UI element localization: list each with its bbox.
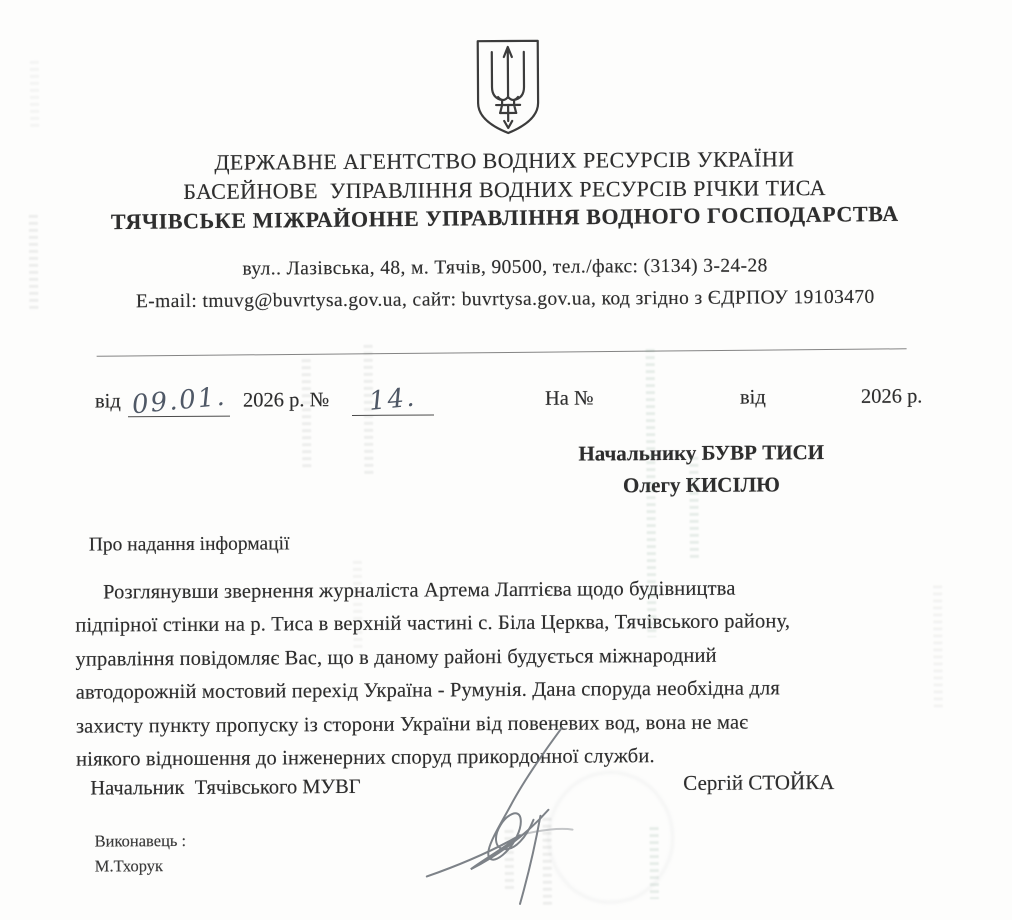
- bleed-through-text: [646, 349, 657, 637]
- subject-line: Про надання інформації: [89, 533, 290, 556]
- body-line: підпірної стінки на р. Тиса в верхній ча…: [75, 605, 955, 644]
- executor-name: М.Тхорук: [95, 856, 163, 876]
- body-line: управління повідомляє Вас, що в даному р…: [75, 638, 955, 677]
- handwritten-number: 14.: [368, 383, 418, 417]
- scanned-letter: ДЕРЖАВНЕ АГЕНТСТВО ВОДНИХ РЕСУРСІВ УКРАЇ…: [0, 0, 1012, 920]
- outgoing-year-number-label: 2026 р. №: [243, 389, 329, 413]
- signatory-name: Сергій СТОЙКА: [683, 770, 834, 796]
- handwritten-date: 09.01.: [130, 382, 227, 421]
- bleed-through-text: [505, 830, 514, 890]
- header-office-line: ТЯЧІВСЬКЕ МІЖРАЙОННЕ УПРАВЛІННЯ ВОДНОГО …: [0, 200, 1011, 237]
- header-contacts: E-mail: tmuvg@buvrtysa.gov.ua, сайт: buv…: [0, 286, 1011, 314]
- header-agency-line: ДЕРЖАВНЕ АГЕНТСТВО ВОДНИХ РЕСУРСІВ УКРАЇ…: [0, 145, 1011, 177]
- body-line: Розглянувши звернення журналіста Артема …: [75, 571, 955, 610]
- executor-label: Виконавець :: [95, 831, 187, 852]
- handwritten-signature: [420, 717, 636, 913]
- bleed-through-text: [302, 359, 312, 471]
- outgoing-from-label: від: [95, 390, 121, 413]
- bleed-through-text: [650, 827, 659, 899]
- addressee-name: Олегу КИСІЛЮ: [558, 468, 844, 502]
- bleed-through-text: [689, 457, 699, 559]
- ukraine-trident-icon: [468, 36, 549, 138]
- bleed-through-text: [364, 345, 374, 477]
- bleed-through-text: [29, 215, 39, 311]
- reply-year-label: 2026 р.: [861, 385, 923, 408]
- bleed-through-text: [30, 61, 39, 131]
- body-line: автодорожній мостовий перехід Україна - …: [76, 671, 956, 710]
- document-page: ДЕРЖАВНЕ АГЕНТСТВО ВОДНИХ РЕСУРСІВ УКРАЇ…: [0, 0, 1012, 920]
- addressee-block: Начальнику БУВР ТИСИ Олегу КИСІЛЮ: [558, 436, 844, 502]
- bleed-through-text: [933, 585, 943, 707]
- outgoing-date-field: 09.01.: [128, 386, 230, 418]
- bleed-through-text: [542, 818, 552, 906]
- bleed-through-text: [353, 561, 363, 651]
- addressee-position: Начальнику БУВР ТИСИ: [558, 436, 844, 470]
- reply-from-label: від: [740, 386, 766, 409]
- signatory-position: Начальник Тячівського МУВГ: [90, 776, 360, 801]
- header-address: вул.. Лазівська, 48, м. Тячів, 90500, те…: [0, 254, 1011, 282]
- header-divider-line: [97, 348, 907, 356]
- reply-to-label: На №: [545, 387, 594, 410]
